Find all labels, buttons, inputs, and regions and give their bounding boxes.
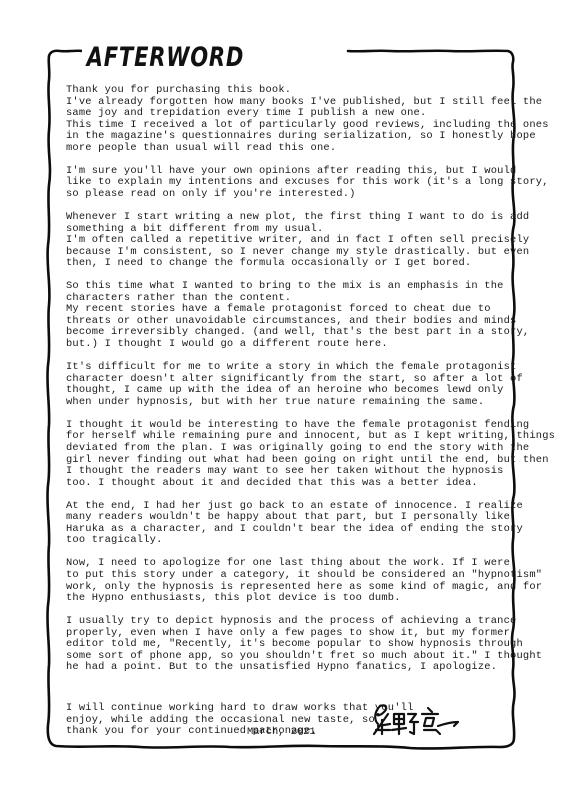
- date-line: March, 2021: [247, 726, 316, 738]
- text-line: he had a point. But to the unsatisfied H…: [66, 662, 511, 674]
- paragraph: Thank you for purchasing this book.I've …: [66, 85, 511, 154]
- paragraph: So this time what I wanted to bring to t…: [66, 281, 511, 350]
- text-line: too. I thought about it and decided that…: [66, 478, 511, 490]
- text-line: but.) I thought I would go a different r…: [66, 339, 511, 351]
- text-line: so please read on only if you're interes…: [66, 189, 511, 201]
- text-line: deviated from the plan. I was originally…: [66, 443, 511, 455]
- text-line: when under hypnosis, but with her true n…: [66, 397, 511, 409]
- afterword-body: Thank you for purchasing this book.I've …: [66, 85, 511, 685]
- text-line: the Hypno enthusiasts, this plot device …: [66, 593, 511, 605]
- signature-icon: [370, 700, 460, 738]
- text-line: more people than usual will read this on…: [66, 143, 511, 155]
- paragraph: I'm sure you'll have your own opinions a…: [66, 166, 511, 201]
- text-line: I thought the readers may want to see he…: [66, 466, 511, 478]
- paragraph: It's difficult for me to write a story i…: [66, 362, 511, 408]
- text-line: I will continue working hard to draw wor…: [66, 703, 414, 715]
- text-line: I usually try to depict hypnosis and the…: [66, 616, 511, 628]
- paragraph: I usually try to depict hypnosis and the…: [66, 616, 511, 674]
- paragraph: Whenever I start writing a new plot, the…: [66, 212, 511, 270]
- page-title: AFTERWORD: [82, 38, 249, 78]
- text-line: too tragically.: [66, 535, 511, 547]
- text-line: I'm often called a repetitive writer, an…: [66, 235, 511, 247]
- text-line: in the magazine's questionnaires during …: [66, 131, 511, 143]
- paragraph: Now, I need to apologize for one last th…: [66, 558, 511, 604]
- text-line: to put this story under a category, it s…: [66, 570, 511, 582]
- text-line: thank you for your continued patronage.: [66, 726, 414, 738]
- closing-paragraph: I will continue working hard to draw wor…: [66, 703, 414, 738]
- text-line: Thank you for purchasing this book.: [66, 85, 511, 97]
- paragraph: At the end, I had her just go back to an…: [66, 501, 511, 547]
- text-line: then, I need to change the formula occas…: [66, 258, 511, 270]
- text-line: It's difficult for me to write a story i…: [66, 362, 511, 374]
- text-line: Whenever I start writing a new plot, the…: [66, 212, 511, 224]
- text-line: same joy and trepidation every time I pu…: [66, 108, 511, 120]
- paragraph: I thought it would be interesting to hav…: [66, 420, 511, 489]
